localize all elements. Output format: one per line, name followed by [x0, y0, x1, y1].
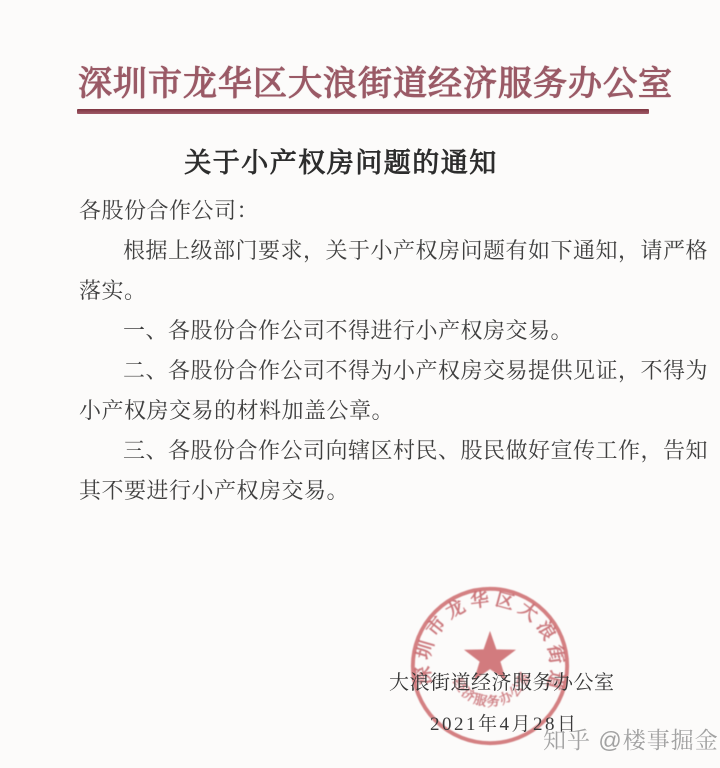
body-line-item-1: 一、各股份合作公司不得进行小产权房交易。 [79, 311, 643, 351]
document-title: 关于小产权房问题的通知 [0, 141, 701, 180]
body-line-item-3: 三、各股份合作公司向辖区村民、股民做好宣传工作，告知 [79, 431, 643, 471]
body-line-item-2: 二、各股份合作公司不得为小产权房交易提供见证，不得为 [79, 351, 643, 391]
header-divider-rule [77, 109, 649, 114]
issuing-org-header: 深圳市龙华区大浪街道经济服务办公室 [78, 56, 642, 105]
document-body: 各股份合作公司： 根据上级部门要求，关于小产权房问题有如下通知，请严格 落实。 … [79, 191, 643, 511]
body-line: 小产权房交易的材料加盖公章。 [79, 391, 643, 431]
scanned-notice-page: 深圳市龙华区大浪街道经济服务办公室 关于小产权房问题的通知 各股份合作公司： 根… [0, 0, 720, 768]
body-line: 根据上级部门要求，关于小产权房问题有如下通知，请严格 [79, 231, 643, 271]
body-line: 其不要进行小产权房交易。 [79, 471, 643, 511]
salutation-line: 各股份合作公司： [79, 191, 643, 231]
zhihu-watermark: 知乎 @楼事掘金 [543, 722, 719, 755]
signing-org-signature: 大浪街道经济服务办公室 [389, 666, 615, 695]
body-line: 落实。 [79, 271, 643, 311]
